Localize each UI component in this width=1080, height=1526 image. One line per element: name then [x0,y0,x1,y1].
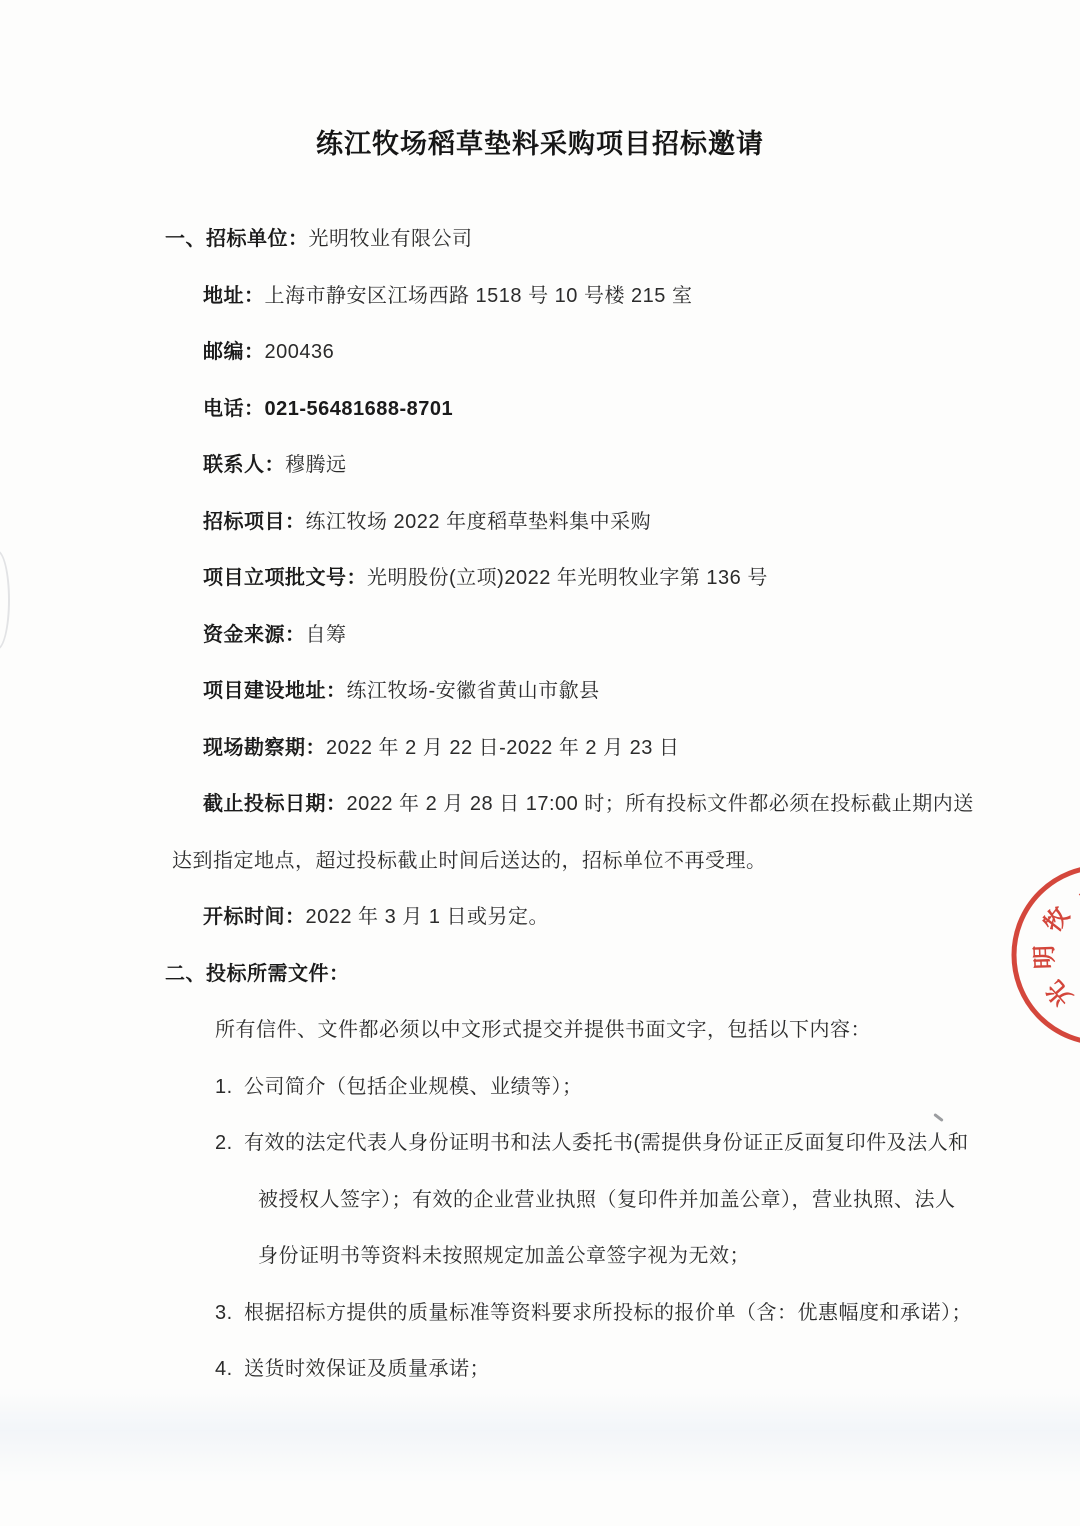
field-label: 邮编： [203,341,265,363]
field-address: 地址：上海市静安区江场西路 1518 号 10 号楼 215 室 [0,268,1080,325]
section-2-number: 二、 [165,946,206,1003]
section-1-value: 光明牧业有限公司 [309,228,473,250]
field-label: 现场勘察期： [203,737,326,759]
field-label: 项目建设地址： [203,680,347,702]
field-site-survey-period: 现场勘察期：2022 年 2 月 22 日-2022 年 2 月 23 日 [0,720,1080,777]
section-1-number: 一、 [165,211,206,268]
field-postcode: 邮编：200436 [0,324,1080,381]
field-value: 练江牧场-安徽省黄山市歙县 [347,680,600,702]
field-label: 开标时间： [203,906,306,928]
item-text: 有效的法定代表人身份证明书和法人委托书(需提供身份证正反面复印件及法人和 [244,1132,969,1154]
list-item-2: 2.有效的法定代表人身份证明书和法人委托书(需提供身份证正反面复印件及法人和 [0,1115,1080,1172]
company-seal-partial: 光 明 牧 业 [992,845,1080,1065]
list-item-4: 4.送货时效保证及质量承诺； [0,1341,1080,1398]
item-number: 2. [215,1115,244,1172]
section-1-heading: 招标单位： [206,228,309,250]
list-item-2-continuation-2: 身份证明书等资料未按照规定加盖公章签字视为无效； [0,1228,1080,1285]
field-approval-number: 项目立项批文号：光明股份(立项)2022 年光明牧业字第 136 号 [0,550,1080,607]
field-label: 招标项目： [203,511,306,533]
field-value: 光明股份(立项)2022 年光明牧业字第 136 号 [367,567,768,589]
field-contact: 联系人：穆腾远 [0,437,1080,494]
item-text: 根据招标方提供的质量标准等资料要求所投标的报价单（含：优惠幅度和承诺）； [244,1302,972,1324]
seal-char-guang: 光 [1042,975,1078,1011]
scanned-document-page: 练江牧场稻草垫料采购项目招标邀请 一、招标单位：光明牧业有限公司 地址：上海市静… [0,0,1080,1526]
seal-char-ye: 业 [1076,884,1080,915]
field-value: 200436 [265,341,335,363]
field-value: 021-56481688-8701 [265,398,454,420]
field-bid-opening-time: 开标时间：2022 年 3 月 1 日或另定。 [0,889,1080,946]
section-2-heading-row: 二、投标所需文件： [0,946,1080,1003]
section-1-heading-row: 一、招标单位：光明牧业有限公司 [0,211,1080,268]
field-label: 地址： [203,285,265,307]
section-2-intro: 所有信件、文件都必须以中文形式提交并提供书面文字，包括以下内容： [0,1002,1080,1059]
field-label: 项目立项批文号： [203,567,367,589]
list-item-2-continuation-1: 被授权人签字）；有效的企业营业执照（复印件并加盖公章），营业执照、法人 [0,1172,1080,1229]
document-title: 练江牧场稻草垫料采购项目招标邀请 [0,0,1080,161]
item-number: 4. [215,1341,244,1398]
list-item-1: 1.公司简介（包括企业规模、业绩等）； [0,1059,1080,1116]
item-text: 被授权人签字）；有效的企业营业执照（复印件并加盖公章），营业执照、法人 [258,1189,956,1211]
item-number: 3. [215,1285,244,1342]
field-bid-deadline: 截止投标日期：2022 年 2 月 28 日 17:00 时；所有投标文件都必须… [0,776,1080,833]
seal-char-ming: 明 [1031,945,1059,970]
field-label: 联系人： [203,454,285,476]
document-body: 一、招标单位：光明牧业有限公司 地址：上海市静安区江场西路 1518 号 10 … [0,211,1080,1398]
section-2-heading: 投标所需文件： [206,963,350,985]
field-value: 2022 年 2 月 22 日-2022 年 2 月 23 日 [326,737,679,759]
field-value: 2022 年 3 月 1 日或另定。 [306,906,550,928]
field-project-site: 项目建设地址：练江牧场-安徽省黄山市歙县 [0,663,1080,720]
field-value-continuation: 达到指定地点，超过投标截止时间后送达的，招标单位不再受理。 [172,850,767,872]
item-text: 公司简介（包括企业规模、业绩等）； [244,1076,583,1098]
field-value: 上海市静安区江场西路 1518 号 10 号楼 215 室 [265,285,693,307]
item-text: 送货时效保证及质量承诺； [244,1358,490,1380]
seal-char-mu: 牧 [1039,902,1075,938]
field-bid-deadline-continuation: 达到指定地点，超过投标截止时间后送达的，招标单位不再受理。 [0,833,1080,890]
intro-text: 所有信件、文件都必须以中文形式提交并提供书面文字，包括以下内容： [215,1019,871,1041]
field-label: 电话： [203,398,265,420]
item-text: 身份证明书等资料未按照规定加盖公章签字视为无效； [258,1245,750,1267]
field-phone: 电话：021-56481688-8701 [0,381,1080,438]
list-item-3: 3.根据招标方提供的质量标准等资料要求所投标的报价单（含：优惠幅度和承诺）； [0,1285,1080,1342]
scan-shading [0,1388,1080,1483]
field-funding-source: 资金来源：自筹 [0,607,1080,664]
field-label: 截止投标日期： [203,793,347,815]
item-number: 1. [215,1059,244,1116]
field-value: 练江牧场 2022 年度稻草垫料集中采购 [306,511,652,533]
field-value: 自筹 [306,624,347,646]
field-value: 穆腾远 [285,454,347,476]
field-value: 2022 年 2 月 28 日 17:00 时；所有投标文件都必须在投标截止期内… [347,793,974,815]
field-tender-project: 招标项目：练江牧场 2022 年度稻草垫料集中采购 [0,494,1080,551]
field-label: 资金来源： [203,624,306,646]
